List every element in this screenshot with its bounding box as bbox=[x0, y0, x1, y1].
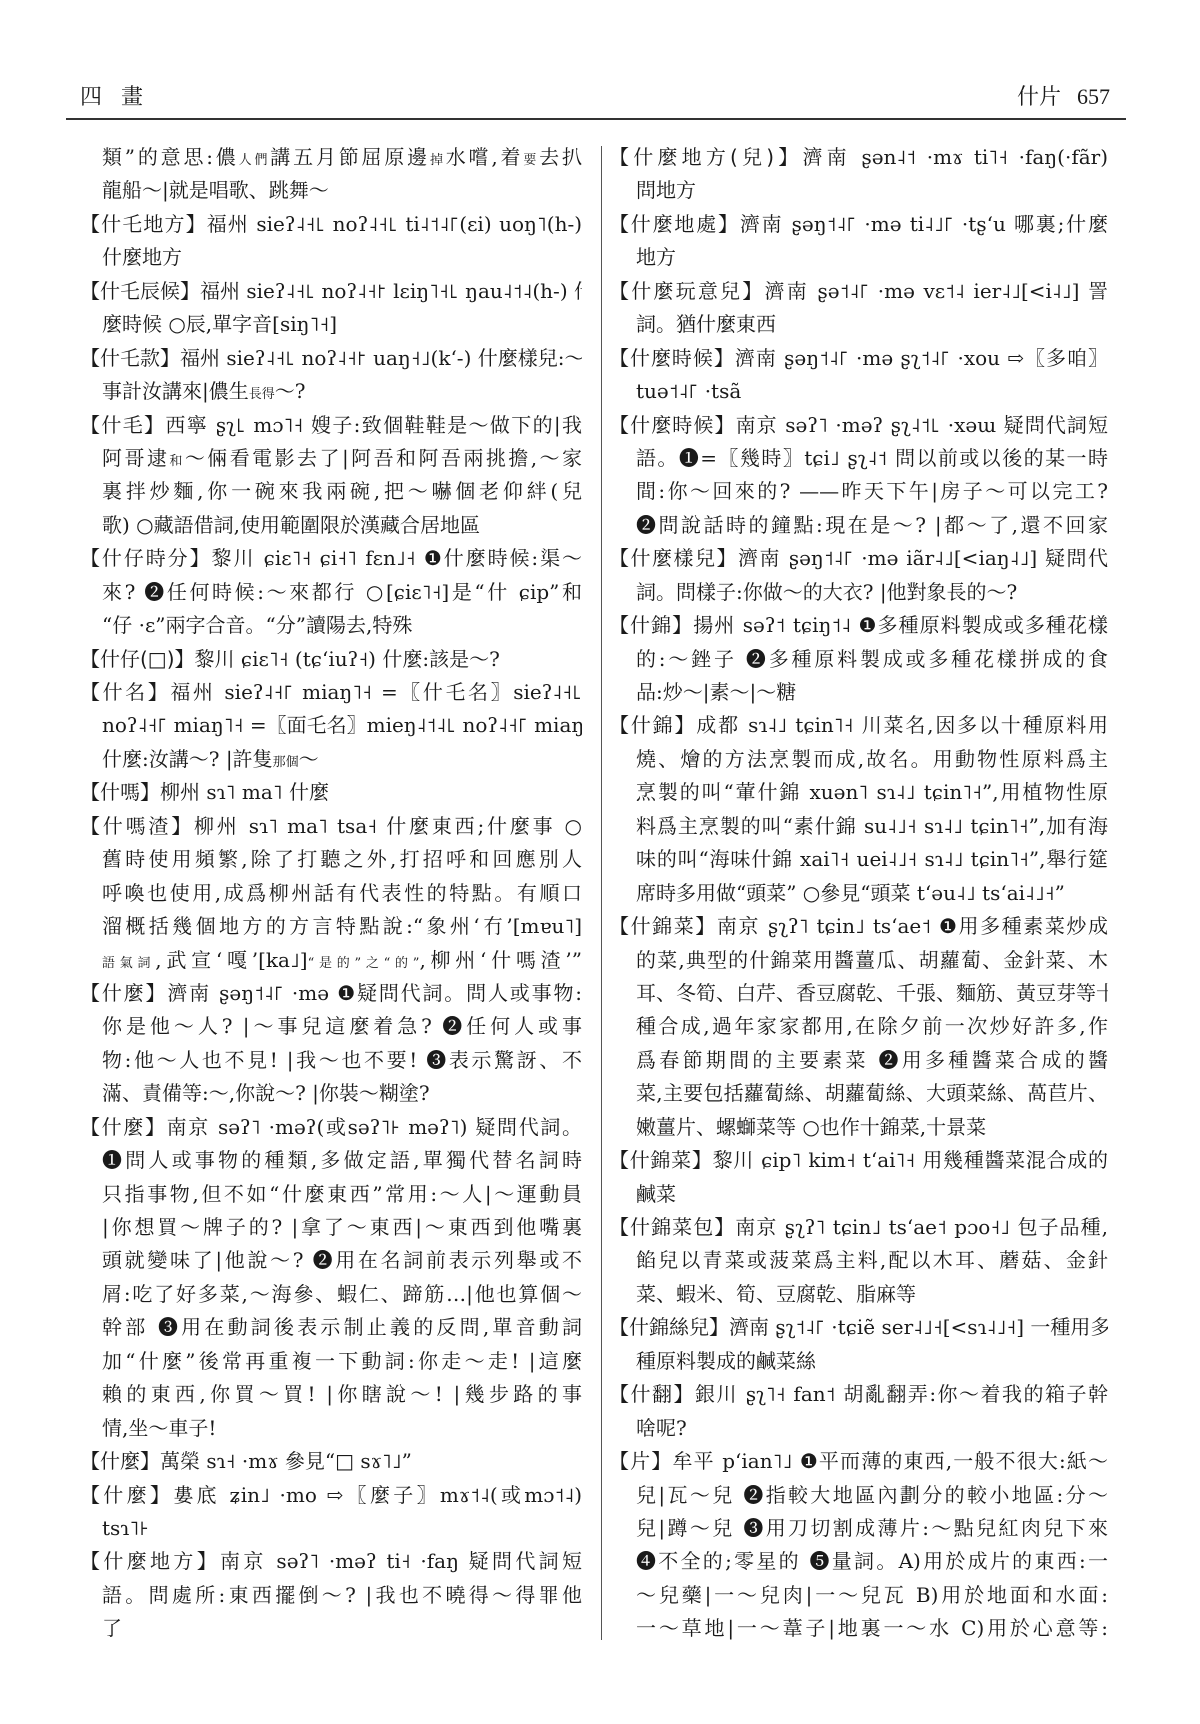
entry-text: 你是他～人? |～事兒這麼着急? ❷任何人或事 bbox=[102, 1014, 582, 1038]
entry-text: 種合成,過年家家都用,在除夕前一次炒好許多,作 bbox=[636, 1014, 1108, 1038]
entry-first-line: 【什仔(□)】黎川 ɕiɛ˥˧ (tɕʻiuʔ˧) 什麼:該是～? bbox=[80, 643, 582, 676]
continuation-line: 歌) ○藏語借詞,使用範圍限於漢藏合居地區 bbox=[80, 509, 582, 542]
entry-text: 烹製的叫“葷什錦 xuən˥ sɿ˨˩ tɕin˥˧”,用植物性原 bbox=[636, 780, 1108, 804]
headword: 【什麼地處】 bbox=[609, 212, 740, 236]
entry-first-line: 【什麼玩意兒】濟南 ʂə˦˨꜒ ·mə vɛ˦˨ ier˨˩[<i˨˩] 詈 bbox=[609, 275, 1108, 308]
continuation-line: 的菜,典型的什錦菜用醬薑瓜、胡蘿蔔、金針菜、木 bbox=[609, 944, 1108, 977]
entry-first-line: 【什麼】濟南 ʂəŋ˦˨꜒ ·mə ❶疑問代詞。問人或事物: bbox=[80, 977, 582, 1010]
continuation-line: 頭就變味了|他說～? ❷用在名詞前表示列舉或不 bbox=[80, 1244, 582, 1277]
continuation-line: 了 bbox=[80, 1612, 582, 1645]
gloss-note: 要 bbox=[523, 153, 539, 168]
place-name: 黎川 bbox=[713, 1148, 754, 1172]
entry-text: tuə˦˨꜒ ·tsã bbox=[636, 379, 741, 403]
place-name: 濟南 bbox=[729, 1315, 769, 1339]
entry-text: sieʔ˨˧꜖ noʔ˨˧꜓ uaŋ˧˩(kʻ-) 什麼樣兒:～ bbox=[220, 346, 582, 370]
headword: 【什名】 bbox=[80, 680, 170, 704]
entry-text: 屑:吃了好多菜,～海參、蝦仁、蹄筋…|他也算個～ bbox=[102, 1282, 582, 1306]
entry-text: səʔ˦ tɕiŋ˦˨ ❶多種原料製成或多種花樣 bbox=[735, 613, 1108, 637]
entry-first-line: 【什錦菜包】南京 ʂʅʔ˥ tɕin˩ tsʻae˦ pɔo˧˩ 包子品種, bbox=[609, 1211, 1108, 1244]
entry-text: 兒|瓦～兒 ❷指較大地區內劃分的較小地區:分～ bbox=[636, 1483, 1108, 1507]
entry-first-line: 【什麼時候】濟南 ʂəŋ˦˨꜒ ·mə ʂʅ˦˨꜒ ·xou ⇨〖多咱〗 bbox=[609, 342, 1108, 375]
entry-first-line: 【什嗎】柳州 sɿ˥ ma˥ 什麼 bbox=[80, 776, 582, 809]
headword: 【什麼樣兒】 bbox=[609, 546, 738, 570]
place-name: 南京 bbox=[167, 1115, 210, 1139]
place-name: 牟平 bbox=[672, 1449, 714, 1473]
entry-text: 事計汝講來|儂生 bbox=[102, 379, 249, 403]
headword: 【什錦】 bbox=[609, 713, 696, 737]
continuation-line: 舊時使用頻繁,除了打聽之外,打招呼和回應別人 bbox=[80, 843, 582, 876]
place-name: 南京 bbox=[735, 1215, 777, 1239]
entry-text: ❷問說話時的鐘點:現在是～? |都～了,還不回家 bbox=[636, 513, 1108, 537]
entry-first-line: 【什麼樣兒】濟南 ʂəŋ˦˨꜒ ·mə iãr˨˩[<iaŋ˨˩] 疑問代 bbox=[609, 542, 1108, 575]
place-name: 濟南 bbox=[740, 212, 784, 236]
entry-first-line: 【什錦】揚州 səʔ˦ tɕiŋ˦˨ ❶多種原料製成或多種花樣 bbox=[609, 609, 1108, 642]
headword: 【什錦絲兒】 bbox=[609, 1315, 729, 1339]
continuation-line: |你想買～牌子的? |拿了～東西|～東西到他嘴裏 bbox=[80, 1211, 582, 1244]
continuation-line: 餡兒以青菜或菠菜爲主料,配以木耳、蘑菇、金針 bbox=[609, 1244, 1108, 1277]
continuation-line: 語。❶=〖幾時〗tɕi˩ ʂʅ˨˦ 問以前或以後的某一時 bbox=[609, 442, 1108, 475]
headword: 【什麼】 bbox=[80, 1483, 173, 1507]
place-name: 柳州 bbox=[194, 814, 240, 838]
entry-text: 物:他～人也不見! |我～也不要! ❸表示驚訝、不 bbox=[102, 1048, 582, 1072]
continuation-line: 嫩薑片、螺螄菜等 ○也作十錦菜,十景菜 bbox=[609, 1111, 1108, 1144]
headword: 【什錦菜】 bbox=[609, 1148, 713, 1172]
headword: 【什毛】 bbox=[80, 413, 165, 437]
entry-text: 舊時使用頻繁,除了打聽之外,打招呼和回應別人 bbox=[102, 847, 582, 871]
entry-text: 講五月節屈原邊 bbox=[270, 145, 430, 169]
entry-text: 燒、燴的方法烹製而成,故名。用動物性原料爲主 bbox=[636, 747, 1108, 771]
continuation-line: 種合成,過年家家都用,在除夕前一次炒好許多,作 bbox=[609, 1010, 1108, 1043]
entry-text: 料爲主烹製的叫“素什錦 su˨˩˧ sɿ˨˩ tɕin˥˧”,加有海 bbox=[636, 814, 1108, 838]
entry-first-line: 【什翻】銀川 ʂʅ˥˧ fan˦ 胡亂翻弄:你～着我的箱子幹 bbox=[609, 1378, 1108, 1411]
place-name: 揚州 bbox=[693, 613, 735, 637]
place-name: 黎川 bbox=[212, 546, 256, 570]
entry-text: 的:～銼子 ❷多種原料製成或多種花樣拼成的食 bbox=[636, 647, 1108, 671]
continuation-line: 幹部 ❸用在動詞後表示制止義的反問,單音動詞 bbox=[80, 1311, 582, 1344]
entry-text: səʔ˥ ·məʔ(或səʔ˥꜔ məʔ˥) 疑問代詞。 bbox=[210, 1115, 582, 1139]
entry-text: ～ bbox=[299, 747, 319, 771]
continuation-line: 啥呢? bbox=[609, 1412, 1108, 1445]
place-name: 萬榮 bbox=[160, 1449, 200, 1473]
entry-text: ʂə˦˨꜒ ·mə vɛ˦˨ ier˨˩[<i˨˩] 詈 bbox=[809, 279, 1108, 303]
continuation-line: noʔ˨˧꜒ miaŋ˥˧ =〖面乇名〗mieŋ˨˦˨꜖ noʔ˨˧꜒ miaŋ… bbox=[80, 709, 582, 742]
continuation-line: 詞。問樣子:你做～的大衣? |他對象長的～? bbox=[609, 576, 1108, 609]
entry-text: 呼喚也使用,成爲柳州話有代表性的特點。有順口 bbox=[102, 881, 582, 905]
continuation-line: 爲春節期間的主要素菜 ❷用多種醬菜合成的醬 bbox=[609, 1044, 1108, 1077]
headword: 【什乇款】 bbox=[80, 346, 180, 370]
entry-text: sieʔ˨˧꜒ miaŋ˥˧ =〖什乇名〗sieʔ˨˧꜖ bbox=[215, 680, 582, 704]
continuation-line: 語。問處所:東西擺倒～? |我也不曉得～得罪他 bbox=[80, 1579, 582, 1612]
entry-first-line: 【什麼地方】南京 səʔ˥ ·məʔ ti˧ ·faŋ 疑問代詞短 bbox=[80, 1545, 582, 1578]
continuation-line: 裏拌炒麵,你一碗來我兩碗,把～嚇個老仰絆(兒 bbox=[80, 475, 582, 508]
entry-text: 味的叫“海味什錦 xai˥˧ uei˨˩˧ sɿ˨˩ tɕin˥˧”,舉行筵 bbox=[636, 847, 1108, 871]
entry-text: sɿ˥ ma˥ 什麼 bbox=[200, 780, 329, 804]
place-name: 成都 bbox=[696, 713, 740, 737]
entry-text: 溜概括幾個地方的方言特點說:“象州‘冇’[mɐu˥] bbox=[102, 914, 582, 938]
headword: 【什嗎】 bbox=[80, 780, 160, 804]
entry-first-line: 【什麼】婁底 ʑin˩ ·mo ⇨〖麼子〗mɤ˦˨(或mɔ˦˨) bbox=[80, 1479, 582, 1512]
continuation-line: 種原料製成的鹹菜絲 bbox=[609, 1345, 1108, 1378]
entry-text: 語。❶=〖幾時〗tɕi˩ ʂʅ˨˦ 問以前或以後的某一時 bbox=[636, 446, 1108, 470]
continuation-line: 事計汝講來|儂生長得～? bbox=[80, 375, 582, 408]
place-name: 濟南 bbox=[735, 346, 777, 370]
entry-text: 詞。猶什麼東西 bbox=[636, 312, 776, 336]
entry-first-line: 【什名】福州 sieʔ˨˧꜒ miaŋ˥˧ =〖什乇名〗sieʔ˨˧꜖ bbox=[80, 676, 582, 709]
entry-text: sɿ˨˩ tɕin˥˧ 川菜名,因多以十種原料用 bbox=[740, 713, 1108, 737]
entry-text: 去扒 bbox=[539, 145, 582, 169]
entry-text: 爲春節期間的主要素菜 ❷用多種醬菜合成的醬 bbox=[636, 1048, 1108, 1072]
entry-text: 幹部 ❸用在動詞後表示制止義的反問,單音動詞 bbox=[102, 1315, 582, 1339]
place-name: 濟南 bbox=[764, 279, 808, 303]
continuation-line: 滿、責備等:～,你說～? |你裝～糊塗? bbox=[80, 1077, 582, 1110]
continuation-line: 烹製的叫“葷什錦 xuən˥ sɿ˨˩ tɕin˥˧”,用植物性原 bbox=[609, 776, 1108, 809]
entry-first-line: 【片】牟平 pʻian˥˩ ❶平而薄的東西,一般不很大:紙～ bbox=[609, 1445, 1108, 1478]
entry-text: ～倆看電影去了|阿吾和阿吾兩挑擔,～家 bbox=[185, 446, 582, 470]
place-name: 濟南 bbox=[738, 546, 781, 570]
headword: 【什錦菜】 bbox=[609, 914, 717, 938]
place-name: 婁底 bbox=[173, 1483, 220, 1507]
entry-text: 的菜,典型的什錦菜用醬薑瓜、胡蘿蔔、金針菜、木 bbox=[636, 948, 1108, 972]
continuation-line: 來? ❷任何時候:～來都行 ○[ɕiɛ˥˧]是“什 ɕip”和 bbox=[80, 576, 582, 609]
entry-text: sieʔ˨˧꜖ noʔ˨˧꜖ ti˨˦˨꜒(ɛi) uoŋ˥(h-) bbox=[249, 212, 582, 236]
entry-first-line: 【什仔時分】黎川 ɕiɛ˥˧ ɕi˧˥ fɛn˩˧ ❶什麼時候:渠～ bbox=[80, 542, 582, 575]
entry-text: sɿ˧ ·mɤ 參見“□ sɤ˥˩” bbox=[200, 1449, 412, 1473]
entry-text: ❶問人或事物的種類,多做定語,單獨代替名詞時 bbox=[102, 1148, 582, 1172]
place-name: 銀川 bbox=[695, 1382, 738, 1406]
continuation-line: 燒、燴的方法烹製而成,故名。用動物性原料爲主 bbox=[609, 743, 1108, 776]
continuation-line: 味的叫“海味什錦 xai˥˧ uei˨˩˧ sɿ˨˩ tɕin˥˧”,舉行筵 bbox=[609, 843, 1108, 876]
gloss-note: 語氣詞 bbox=[102, 956, 155, 971]
headword: 【什仔時分】 bbox=[80, 546, 212, 570]
entry-text: 品:炒～|素～|～糖 bbox=[636, 680, 796, 704]
headword: 【什麼地方(兒)】 bbox=[609, 145, 802, 169]
entry-text: səʔ˥ ·məʔ ti˧ ·faŋ 疑問代詞短 bbox=[267, 1549, 582, 1573]
headword: 【什錦菜包】 bbox=[609, 1215, 735, 1239]
continuation-line: tuə˦˨꜒ ·tsã bbox=[609, 375, 1108, 408]
entry-first-line: 【什乇辰候】福州 sieʔ˨˧꜖ noʔ˨˧꜓ lɛiŋ˥˧꜖ ŋau˨˦˨(h… bbox=[80, 275, 582, 308]
place-name: 南京 bbox=[717, 914, 760, 938]
entry-text: 類”的意思:儂 bbox=[102, 145, 239, 169]
entry-first-line: 【什錦絲兒】濟南 ʂʅ˦˨꜒ ·tɕiẽ ser˨˩˧[<sɿ˨˩˧] 一種用多 bbox=[609, 1311, 1108, 1344]
entry-first-line: 【什錦菜】南京 ʂʅʔ˥ tɕin˩ tsʻae˦ ❶用多種素菜炒成 bbox=[609, 910, 1108, 943]
entry-text: ɕiɛ˥˧ ɕi˧˥ fɛn˩˧ ❶什麼時候:渠～ bbox=[255, 546, 582, 570]
entry-text: ʂəŋ˦˨꜒ ·mə iãr˨˩[<iaŋ˨˩] 疑問代 bbox=[781, 546, 1108, 570]
entry-text: 語。問處所:東西擺倒～? |我也不曉得～得罪他 bbox=[102, 1583, 582, 1607]
continuation-line: 呼喚也使用,成爲柳州話有代表性的特點。有順口 bbox=[80, 877, 582, 910]
place-name: 濟南 bbox=[167, 981, 211, 1005]
continuation-line: 語氣詞,武宣‘嘎’[ka˩]“是的”之“的”,柳州‘什嗎渣’” bbox=[80, 944, 582, 977]
continuation-line: 品:炒～|素～|～糖 bbox=[609, 676, 1108, 709]
entry-text: ʂʅʔ˥ tɕin˩ tsʻae˦ pɔo˧˩ 包子品種, bbox=[777, 1215, 1108, 1239]
headword: 【什麼時候】 bbox=[609, 346, 735, 370]
continuation-line: 類”的意思:儂人們講五月節屈原邊掉水嚐,着要去扒 bbox=[80, 141, 582, 174]
entry-text: 加“什麼”後常再重複一下動詞:你走～走! |這麼 bbox=[102, 1349, 582, 1373]
continuation-line: 鹹菜 bbox=[609, 1178, 1108, 1211]
headword: 【什麼玩意兒】 bbox=[609, 279, 764, 303]
continuation-line: 兒|瓦～兒 ❷指較大地區內劃分的較小地區:分～ bbox=[609, 1479, 1108, 1512]
entry-text: 間:你～回來的? ——昨天下午|房子～可以完工? bbox=[636, 479, 1108, 503]
continuation-line: ❶問人或事物的種類,多做定語,單獨代替名詞時 bbox=[80, 1144, 582, 1177]
entry-text: noʔ˨˧꜒ miaŋ˥˧ =〖面乇名〗mieŋ˨˦˨꜖ noʔ˨˧꜒ miaŋ… bbox=[102, 713, 582, 737]
entry-text: 兒|蹲～兒 ❸用刀切割成薄片:～點兒紅肉兒下來 bbox=[636, 1516, 1108, 1540]
entry-first-line: 【什毛】西寧 ʂʅ꜖ mɔ˥˧ 嫂子:致個鞋鞋是～做下的|我 bbox=[80, 409, 582, 442]
entry-text: 什麼:汝講～? |許隻 bbox=[102, 747, 273, 771]
continuation-line: 料爲主烹製的叫“素什錦 su˨˩˧ sɿ˨˩ tɕin˥˧”,加有海 bbox=[609, 810, 1108, 843]
place-name: 福州 bbox=[200, 279, 240, 303]
place-name: 福州 bbox=[207, 212, 249, 236]
entry-first-line: 【什麼】萬榮 sɿ˧ ·mɤ 參見“□ sɤ˥˩” bbox=[80, 1445, 582, 1478]
continuation-line: 龍船～|就是唱歌、跳舞～ bbox=[80, 174, 582, 207]
section-title: 四 畫 bbox=[80, 80, 149, 111]
headword: 【什麼】 bbox=[80, 1115, 167, 1139]
continuation-line: ～兒藥|一～兒肉|一～兒瓦 B)用於地面和水面: bbox=[609, 1579, 1108, 1612]
column-divider bbox=[601, 146, 602, 1640]
entry-text: 席時多用做“頭菜” ○參見“頭菜 tʻəu˨˩ tsʻai˨˩˧” bbox=[636, 881, 1065, 905]
place-name: 福州 bbox=[170, 680, 215, 704]
entry-text: ʂəŋ˦˨꜒ ·mə ❶疑問代詞。問人或事物: bbox=[211, 981, 582, 1005]
continuation-line: 只指事物,但不如“什麼東西”常用:～人|～運動員 bbox=[80, 1178, 582, 1211]
headword: 【什麼地方】 bbox=[80, 1549, 220, 1573]
entry-first-line: 【什乇款】福州 sieʔ˨˧꜖ noʔ˨˧꜓ uaŋ˧˩(kʻ-) 什麼樣兒:～ bbox=[80, 342, 582, 375]
entry-text: ɕiɛ˥˧ (tɕʻiuʔ˧) 什麼:該是～? bbox=[235, 647, 500, 671]
headword: 【片】 bbox=[609, 1449, 672, 1473]
headword: 【什錦】 bbox=[609, 613, 693, 637]
entry-text: ʂən˨˦ ·mɤ ti˥˧ ·faŋ(·fãr) bbox=[851, 145, 1108, 169]
entry-text: ,武宣‘嘎’[ka˩] bbox=[155, 948, 307, 972]
guide-words: 什片 bbox=[1017, 85, 1061, 110]
entry-text: 菜,主要包括蘿蔔絲、胡蘿蔔絲、大頭菜絲、萵苣片、 bbox=[636, 1081, 1108, 1105]
entry-text: 鹹菜 bbox=[636, 1182, 676, 1206]
entry-text: 水嚐,着 bbox=[446, 145, 524, 169]
entry-text: 龍船～|就是唱歌、跳舞～ bbox=[102, 178, 329, 202]
headword: 【什麼】 bbox=[80, 1449, 160, 1473]
continuation-line: 問地方 bbox=[609, 174, 1108, 207]
entry-text: ʑin˩ ·mo ⇨〖麼子〗mɤ˦˨(或mɔ˦˨) bbox=[220, 1483, 582, 1507]
entry-text: 詞。問樣子:你做～的大衣? |他對象長的～? bbox=[636, 580, 1017, 604]
place-name: 南京 bbox=[220, 1549, 267, 1573]
entry-text: |你想買～牌子的? |拿了～東西|～東西到他嘴裏 bbox=[102, 1215, 582, 1239]
entry-first-line: 【什嗎渣】柳州 sɿ˥ ma˥ tsa˧ 什麼東西;什麼事 ○ bbox=[80, 810, 582, 843]
entry-text: ʂʅ꜖ mɔ˥˧ 嫂子:致個鞋鞋是～做下的|我 bbox=[208, 413, 582, 437]
gloss-note: 人們 bbox=[239, 153, 271, 168]
entry-text: pʻian˥˩ ❶平而薄的東西,一般不很大:紙～ bbox=[715, 1449, 1108, 1473]
place-name: 柳州 bbox=[160, 780, 200, 804]
headword: 【什嗎渣】 bbox=[80, 814, 194, 838]
entry-first-line: 【什乇地方】福州 sieʔ˨˧꜖ noʔ˨˧꜖ ti˨˦˨꜒(ɛi) uoŋ˥(… bbox=[80, 208, 582, 241]
entry-text: ～? bbox=[275, 379, 306, 403]
entry-text: 問地方 bbox=[636, 178, 696, 202]
left-column: 類”的意思:儂人們講五月節屈原邊掉水嚐,着要去扒 龍船～|就是唱歌、跳舞～ 【什… bbox=[80, 141, 582, 1646]
place-name: 黎川 bbox=[195, 647, 235, 671]
continuation-line: 溜概括幾個地方的方言特點說:“象州‘冇’[mɐu˥] bbox=[80, 910, 582, 943]
entry-first-line: 【什麼地方(兒)】濟南 ʂən˨˦ ·mɤ ti˥˧ ·faŋ(·fãr) bbox=[609, 141, 1108, 174]
entry-text: 只指事物,但不如“什麼東西”常用:～人|～運動員 bbox=[102, 1182, 582, 1206]
entry-text: 一～草地|一～葦子|地裏一～水 C)用於心意等: bbox=[636, 1616, 1108, 1640]
continuation-line: 物:他～人也不見! |我～也不要! ❸表示驚訝、不 bbox=[80, 1044, 582, 1077]
continuation-line: 詞。猶什麼東西 bbox=[609, 308, 1108, 341]
place-name: 西寧 bbox=[165, 413, 208, 437]
continuation-line: 兒|蹲～兒 ❸用刀切割成薄片:～點兒紅肉兒下來 bbox=[609, 1512, 1108, 1545]
continuation-line: 阿哥逮和～倆看電影去了|阿吾和阿吾兩挑擔,～家 bbox=[80, 442, 582, 475]
entry-text: 情,坐～車子! bbox=[102, 1416, 216, 1440]
entry-text: 頭就變味了|他說～? ❷用在名詞前表示列舉或不 bbox=[102, 1248, 582, 1272]
continuation-line: 賴的東西,你買～買! |你瞎說～! |幾步路的事 bbox=[80, 1378, 582, 1411]
entry-text: ❹不全的;零星的 ❺量詞。A)用於成片的東西:一 bbox=[636, 1549, 1108, 1573]
place-name: 福州 bbox=[180, 346, 220, 370]
entry-text: 麼時候 ○辰,單字音[siŋ˥˧] bbox=[102, 312, 337, 336]
continuation-line: 菜,主要包括蘿蔔絲、胡蘿蔔絲、大頭菜絲、萵苣片、 bbox=[609, 1077, 1108, 1110]
entry-text: 歌) ○藏語借詞,使用範圍限於漢藏合居地區 bbox=[102, 513, 480, 537]
place-name: 濟南 bbox=[802, 145, 850, 169]
entry-text: 耳、冬筍、白芹、香豆腐乾、千張、麵筋、黃豆芽等十 bbox=[636, 981, 1108, 1005]
entry-text: sɿ˥ ma˥ tsa˧ 什麼東西;什麼事 ○ bbox=[240, 814, 582, 838]
entry-first-line: 【什錦】成都 sɿ˨˩ tɕin˥˧ 川菜名,因多以十種原料用 bbox=[609, 709, 1108, 742]
headword: 【什乇地方】 bbox=[80, 212, 207, 236]
entry-text: 什麼地方 bbox=[102, 245, 182, 269]
entry-text: 滿、責備等:～,你說～? |你裝～糊塗? bbox=[102, 1081, 430, 1105]
continuation-line: 耳、冬筍、白芹、香豆腐乾、千張、麵筋、黃豆芽等十 bbox=[609, 977, 1108, 1010]
continuation-line: 麼時候 ○辰,單字音[siŋ˥˧] bbox=[80, 308, 582, 341]
continuation-line: “仔 ·ɛ”兩字合音。“分”讀陽去,特殊 bbox=[80, 609, 582, 642]
continuation-line: 地方 bbox=[609, 241, 1108, 274]
entry-text: “仔 ·ɛ”兩字合音。“分”讀陽去,特殊 bbox=[102, 613, 412, 637]
continuation-line: 你是他～人? |～事兒這麼着急? ❷任何人或事 bbox=[80, 1010, 582, 1043]
continuation-line: 什麼:汝講～? |許隻那個～ bbox=[80, 743, 582, 776]
entry-text: ,柳州‘什嗎渣’” bbox=[419, 948, 582, 972]
gloss-note: 掉 bbox=[430, 153, 446, 168]
continuation-line: 屑:吃了好多菜,～海參、蝦仁、蹄筋…|他也算個～ bbox=[80, 1278, 582, 1311]
continuation-line: tsɿ˥꜔ bbox=[80, 1512, 582, 1545]
page-number: 657 bbox=[1077, 84, 1110, 109]
entry-text: 啥呢? bbox=[636, 1416, 687, 1440]
continuation-line: 的:～銼子 ❷多種原料製成或多種花樣拼成的食 bbox=[609, 643, 1108, 676]
entry-text: 餡兒以青菜或菠菜爲主料,配以木耳、蘑菇、金針 bbox=[636, 1248, 1108, 1272]
entry-text: 阿哥逮 bbox=[102, 446, 169, 470]
entry-first-line: 【什錦菜】黎川 ɕip˥ kim˧ tʻai˥˧ 用幾種醬菜混合成的 bbox=[609, 1144, 1108, 1177]
entry-text: 地方 bbox=[636, 245, 676, 269]
continuation-line: 席時多用做“頭菜” ○參見“頭菜 tʻəu˨˩ tsʻai˨˩˧” bbox=[609, 877, 1108, 910]
entry-first-line: 【什麼地處】濟南 ʂəŋ˦˨꜒ ·mə ti˨˩꜒ ·tʂʻu 哪裏;什麼 bbox=[609, 208, 1108, 241]
entry-text: ʂʅ˦˨꜒ ·tɕiẽ ser˨˩˧[<sɿ˨˩˧] 一種用多 bbox=[769, 1315, 1108, 1339]
entry-text: 了 bbox=[102, 1616, 122, 1640]
entry-text: sieʔ˨˧꜖ noʔ˨˧꜓ lɛiŋ˥˧꜖ ŋau˨˦˨(h-) 什 bbox=[240, 279, 582, 303]
entry-first-line: 【什麼】南京 səʔ˥ ·məʔ(或səʔ˥꜔ məʔ˥) 疑問代詞。 bbox=[80, 1111, 582, 1144]
headword: 【什仔(□)】 bbox=[80, 647, 195, 671]
headword: 【什麼時候】 bbox=[609, 413, 736, 437]
continuation-line: 間:你～回來的? ——昨天下午|房子～可以完工? bbox=[609, 475, 1108, 508]
entry-text: ʂʅ˥˧ fan˦ 胡亂翻弄:你～着我的箱子幹 bbox=[738, 1382, 1108, 1406]
headword: 【什麼】 bbox=[80, 981, 167, 1005]
continuation-line: ❹不全的;零星的 ❺量詞。A)用於成片的東西:一 bbox=[609, 1545, 1108, 1578]
entry-text: ʂʅʔ˥ tɕin˩ tsʻae˦ ❶用多種素菜炒成 bbox=[760, 914, 1108, 938]
gloss-note: 那個 bbox=[273, 755, 299, 770]
entry-text: ʂəŋ˦˨꜒ ·mə ti˨˩꜒ ·tʂʻu 哪裏;什麼 bbox=[784, 212, 1109, 236]
entry-text: 嫩薑片、螺螄菜等 ○也作十錦菜,十景菜 bbox=[636, 1115, 986, 1139]
continuation-line: 加“什麼”後常再重複一下動詞:你走～走! |這麼 bbox=[80, 1345, 582, 1378]
continuation-line: 情,坐～車子! bbox=[80, 1412, 582, 1445]
running-head: 什片657 bbox=[1017, 80, 1110, 111]
entry-text: 賴的東西,你買～買! |你瞎說～! |幾步路的事 bbox=[102, 1382, 582, 1406]
continuation-line: ❷問說話時的鐘點:現在是～? |都～了,還不回家 bbox=[609, 509, 1108, 542]
right-column: 【什麼地方(兒)】濟南 ʂən˨˦ ·mɤ ti˥˧ ·faŋ(·fãr) 問地… bbox=[609, 141, 1108, 1646]
entry-text: ʂəŋ˦˨꜒ ·mə ʂʅ˦˨꜒ ·xou ⇨〖多咱〗 bbox=[777, 346, 1108, 370]
entry-text: ～兒藥|一～兒肉|一～兒瓦 B)用於地面和水面: bbox=[636, 1583, 1108, 1607]
entry-text: ɕip˥ kim˧ tʻai˥˧ 用幾種醬菜混合成的 bbox=[754, 1148, 1108, 1172]
entry-text: 來? ❷任何時候:～來都行 ○[ɕiɛ˥˧]是“什 ɕip”和 bbox=[102, 580, 582, 604]
continuation-line: 一～草地|一～葦子|地裏一～水 C)用於心意等: bbox=[609, 1612, 1108, 1645]
header-rule bbox=[66, 118, 1126, 120]
place-name: 南京 bbox=[736, 413, 778, 437]
entry-text: tsɿ˥꜔ bbox=[102, 1516, 149, 1540]
entry-text: 裏拌炒麵,你一碗來我兩碗,把～嚇個老仰絆(兒 bbox=[102, 479, 582, 503]
continuation-line: 菜、蝦米、筍、豆腐乾、脂麻等 bbox=[609, 1278, 1108, 1311]
headword: 【什乇辰候】 bbox=[80, 279, 200, 303]
continuation-line: 什麼地方 bbox=[80, 241, 582, 274]
gloss-note: “是的”之“的” bbox=[308, 956, 420, 971]
entry-text: 種原料製成的鹹菜絲 bbox=[636, 1349, 816, 1373]
entry-text: səʔ˥ ·məʔ ʂʅ˨˦꜖ ·xəɯ 疑問代詞短 bbox=[778, 413, 1108, 437]
entry-first-line: 【什麼時候】南京 səʔ˥ ·məʔ ʂʅ˨˦꜖ ·xəɯ 疑問代詞短 bbox=[609, 409, 1108, 442]
headword: 【什翻】 bbox=[609, 1382, 695, 1406]
gloss-note: 和 bbox=[169, 454, 184, 469]
entry-text: 菜、蝦米、筍、豆腐乾、脂麻等 bbox=[636, 1282, 916, 1306]
gloss-note: 長得 bbox=[249, 387, 275, 402]
